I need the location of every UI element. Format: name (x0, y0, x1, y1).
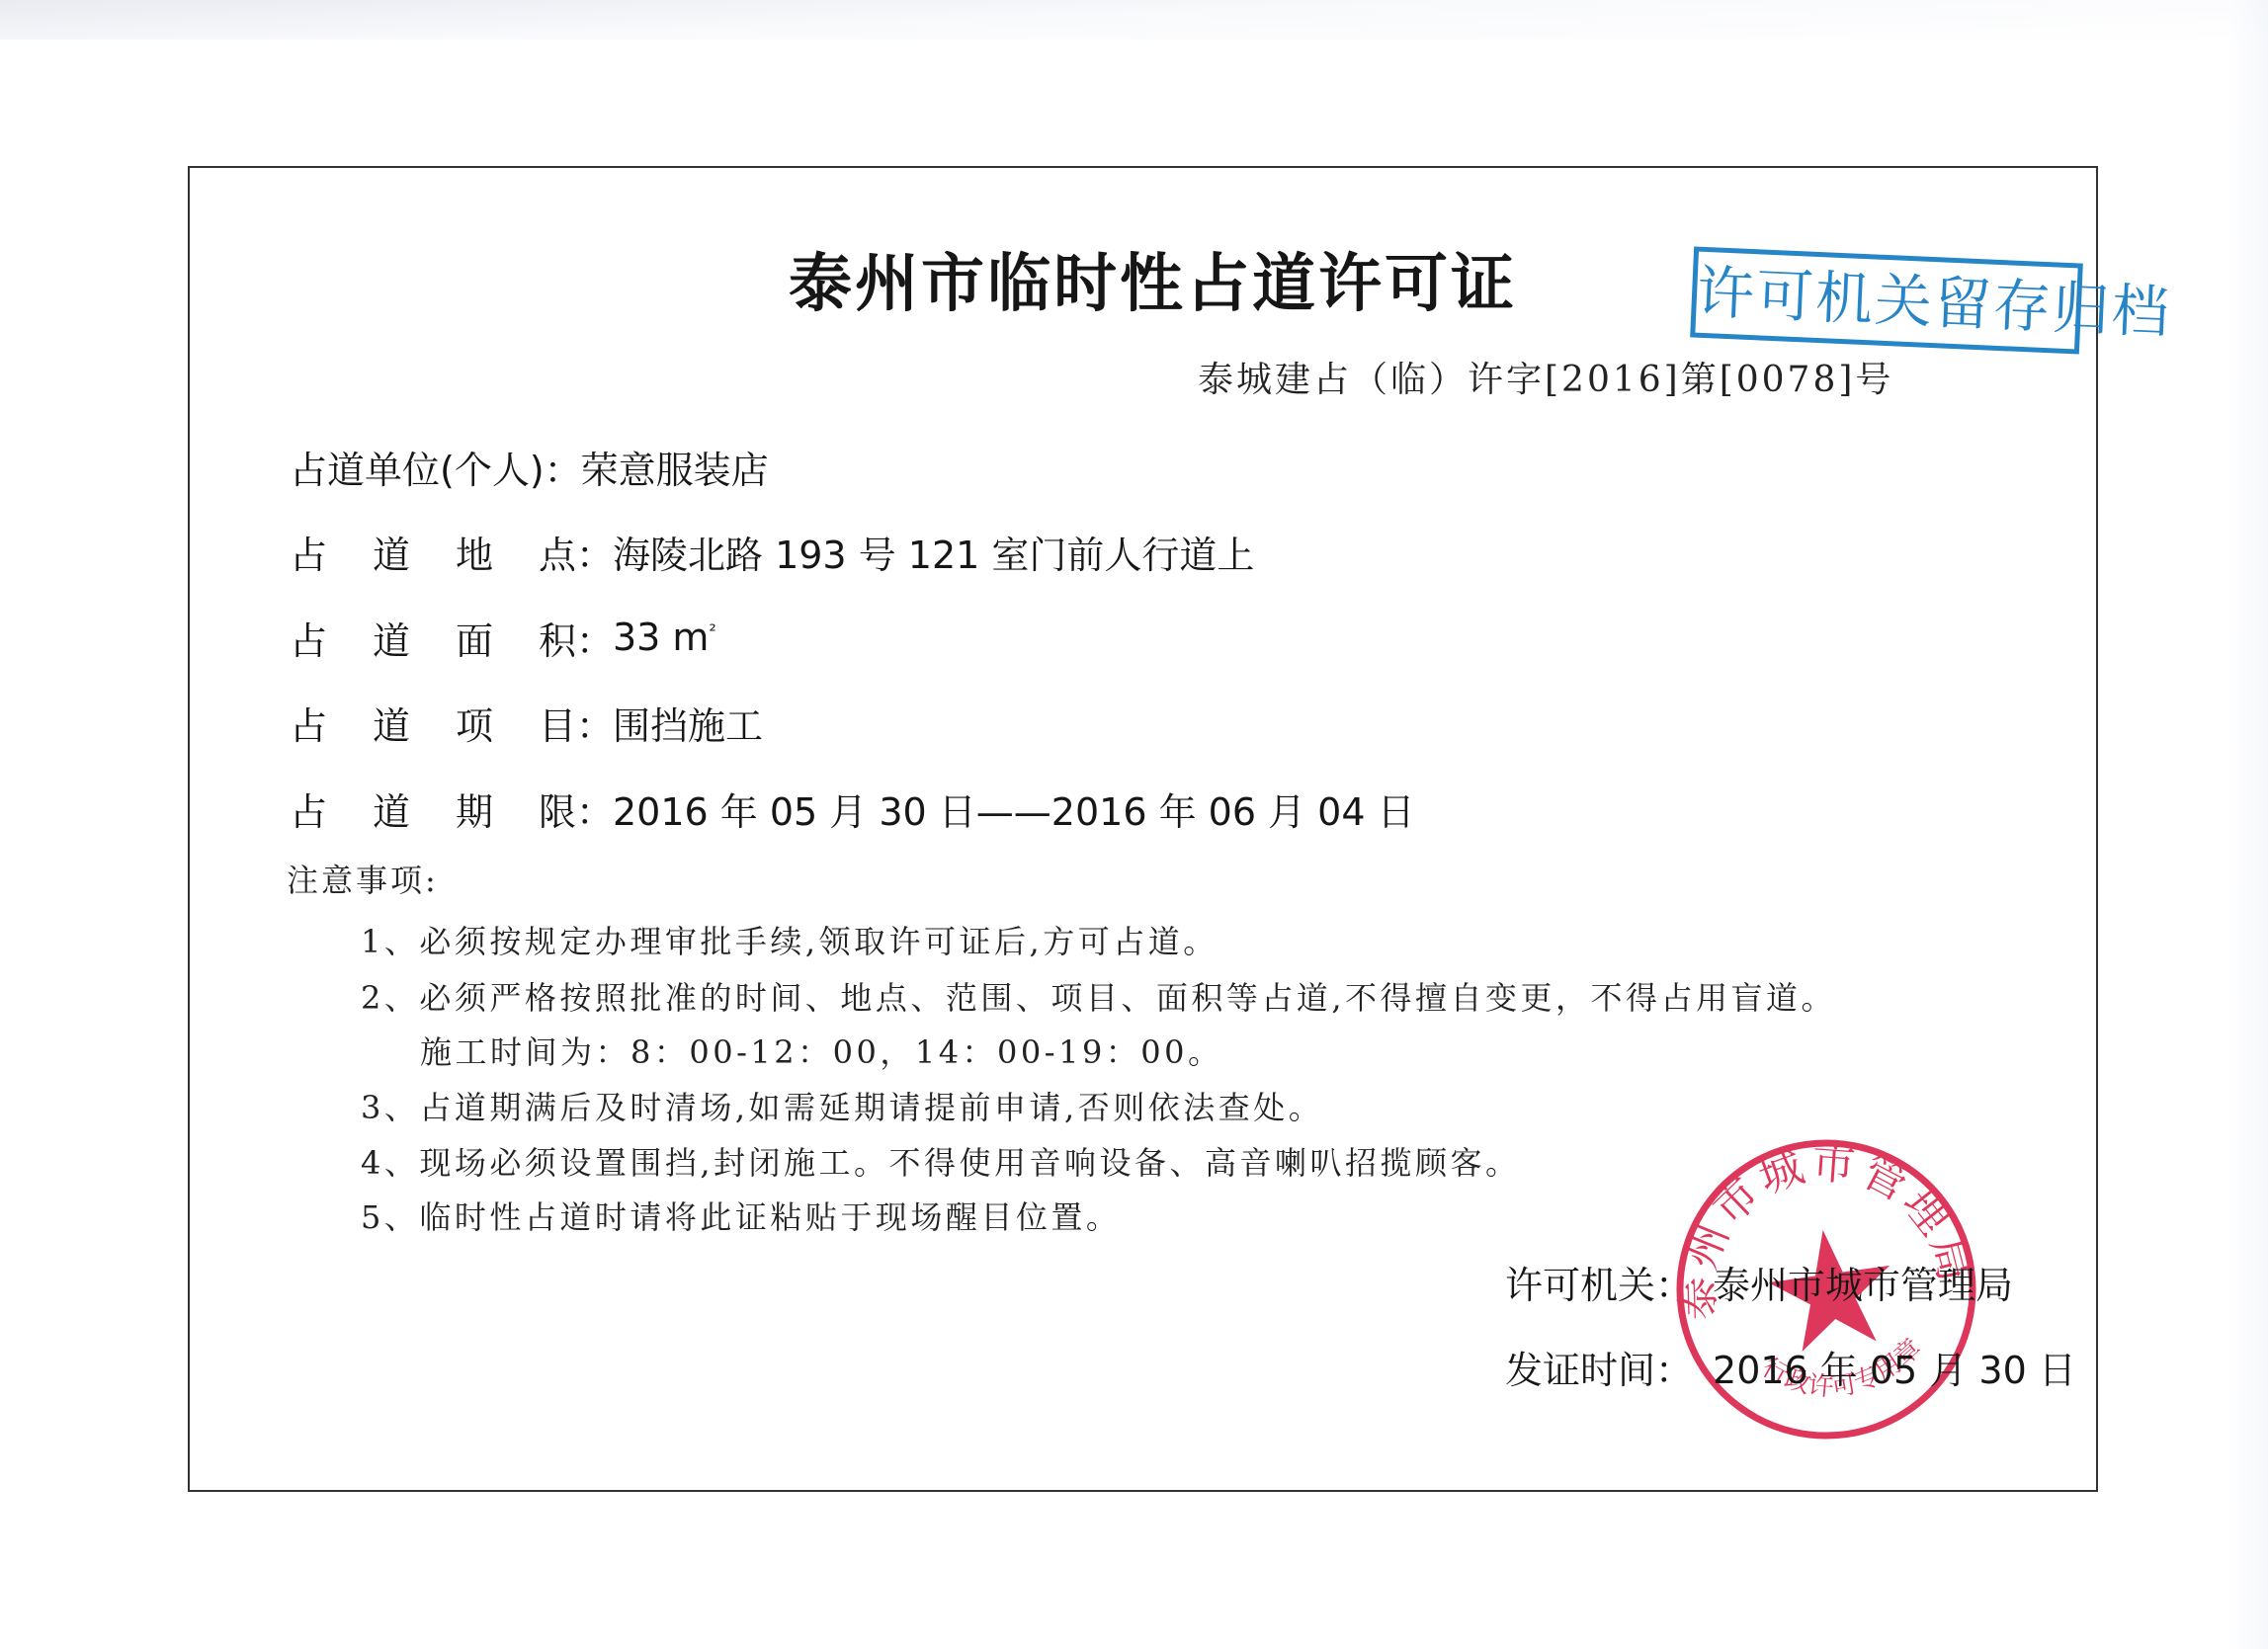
note-item-5: 5、临时性占道时请将此证粘贴于现场醒目位置。 (361, 1193, 1121, 1238)
note-item-1: 1、必须按规定办理审批手续,领取许可证后,方可占道。 (361, 917, 1218, 962)
archive-stamp: 许可机关留存归档 (1690, 246, 2083, 354)
scan-shadow-top (0, 0, 2268, 40)
field-label: 占 道 期 限 (290, 782, 576, 836)
area-unit-superscript: ² (709, 620, 715, 641)
field-value: 33 m² (613, 616, 716, 659)
issuer-line: 许可机关：泰州市城市管理局 (1505, 1255, 2013, 1309)
field-occupant-unit: 占道单位(个人) ： 荣意服装店 (290, 443, 769, 490)
issuer-value: 泰州市城市管理局 (1713, 1255, 2013, 1309)
field-label: 占道单位(个人) (290, 440, 545, 494)
permit-number: 泰城建占（临）许字[2016]第[0078]号 (1198, 352, 1893, 402)
label-char: 积 (539, 611, 576, 665)
document-title: 泰州市临时性占道许可证 (789, 233, 1517, 324)
notes-header: 注意事项: (287, 856, 439, 901)
field-colon: ： (576, 611, 613, 665)
field-label: 占 道 面 积 (290, 611, 576, 665)
label-char: 占 (290, 782, 327, 836)
label-char: 道 (373, 696, 410, 750)
field-label: 占 道 地 点 (290, 525, 576, 579)
issue-date-line: 发证时间：2016 年 05 月 30 日 (1505, 1340, 2076, 1394)
field-period: 占 道 期 限 ： 2016 年 05 月 30 日——2016 年 06 月 … (290, 784, 1415, 832)
area-value: 33 m (613, 616, 709, 659)
field-area: 占 道 面 积 ： 33 m² (290, 614, 716, 661)
label-char: 点 (539, 525, 576, 579)
note-item-3: 3、占道期满后及时清场,如需延期请提前申请,否则依法查处。 (361, 1083, 1323, 1128)
label-char: 面 (456, 611, 493, 665)
field-value: 围挡施工 (613, 696, 763, 750)
label-char: 占 (290, 696, 327, 750)
issuer-label: 许可机关： (1505, 1255, 1693, 1309)
issue-date-value: 2016 年 05 月 30 日 (1713, 1340, 2076, 1394)
field-project: 占 道 项 目 ： 围挡施工 (290, 699, 763, 746)
label-char: 项 (456, 696, 493, 750)
field-colon: ： (576, 696, 613, 750)
field-location: 占 道 地 点 ： 海陵北路 193 号 121 室门前人行道上 (290, 528, 1254, 575)
field-label: 占 道 项 目 (290, 696, 576, 750)
label-char: 道 (373, 782, 410, 836)
label-char: 道 (373, 611, 410, 665)
label-char: 占 (290, 525, 327, 579)
field-value: 2016 年 05 月 30 日——2016 年 06 月 04 日 (613, 782, 1415, 836)
label-char: 期 (456, 782, 493, 836)
label-char: 目 (539, 696, 576, 750)
field-value: 海陵北路 193 号 121 室门前人行道上 (613, 525, 1254, 579)
field-value: 荣意服装店 (581, 440, 769, 494)
scan-shadow-right (2228, 0, 2268, 1649)
field-colon: ： (576, 525, 613, 579)
field-colon: ： (576, 782, 613, 836)
note-item-4: 4、现场必须设置围挡,封闭施工。不得使用音响设备、高音喇叭招揽顾客。 (361, 1138, 1521, 1184)
issue-date-label: 发证时间： (1505, 1340, 1693, 1394)
field-colon: ： (545, 440, 581, 494)
label-char: 占 (290, 611, 327, 665)
note-item-2: 2、必须严格按照批准的时间、地点、范围、项目、面积等占道,不得擅自变更，不得占用… (361, 973, 1836, 1019)
note-item-2-hours: 施工时间为：8：00-12：00，14：00-19：00。 (420, 1028, 1223, 1073)
label-char: 限 (539, 782, 576, 836)
label-char: 道 (373, 525, 410, 579)
label-char: 地 (456, 525, 493, 579)
